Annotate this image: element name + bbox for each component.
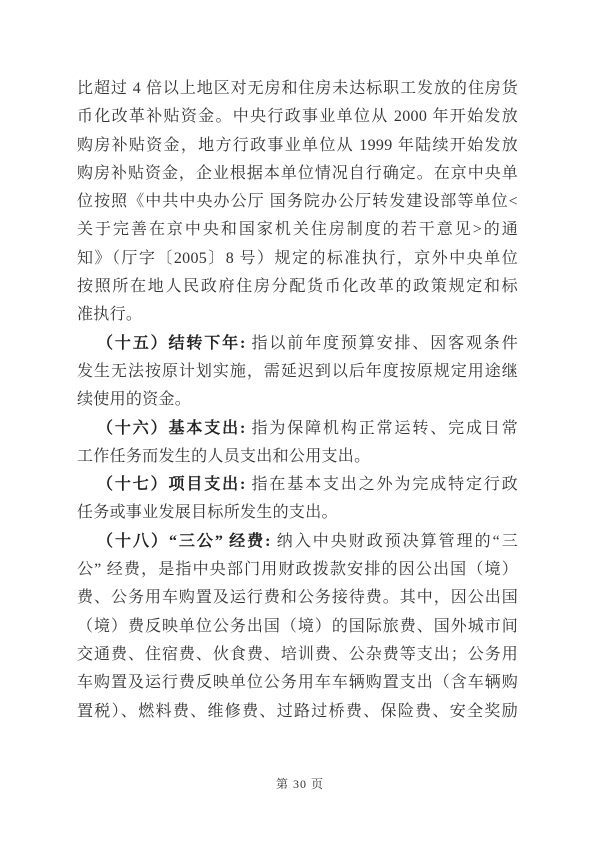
text-line: 任务或事业发展目标所发生的支出。: [77, 499, 518, 527]
text-segment: 公” 经费，是指中央部门用财政拨款安排的因公出国（境）: [77, 561, 518, 578]
text-segment: 购房补贴资金，企业根据本单位情况自行确定。在京中央单: [77, 165, 518, 182]
text-segment: （境）费反映单位公务出国（境）的国际旅费、国外城市间: [77, 618, 518, 635]
text-line: 购房补贴资金，地方行政事业单位从 1999 年陆续开始发放: [77, 132, 518, 160]
text-segment: 关于完善在京中央和国家机关住房制度的若干意见>的通: [77, 221, 518, 238]
text-line: 位按照《中共中央办公厅 国务院办公厅转发建设部等单位<: [77, 188, 518, 216]
text-segment: 续使用的资金。: [77, 391, 191, 408]
text-line: 车购置及运行费反映单位公务用车车辆购置支出（含车辆购: [77, 669, 518, 697]
text-segment: 置税）、燃料费、维修费、过路过桥费、保险费、安全奖励: [77, 703, 518, 720]
text-line: 交通费、住宿费、伙食费、培训费、公杂费等支出；公务用: [77, 641, 518, 669]
text-segment: 费、公务用车购置及运行费和公务接待费。其中，因公出国: [77, 589, 518, 606]
text-line: 费、公务用车购置及运行费和公务接待费。其中，因公出国: [77, 584, 518, 612]
term-heading: （十六）基本支出:: [97, 420, 246, 437]
text-line: 续使用的资金。: [77, 386, 518, 414]
text-line: 比超过 4 倍以上地区对无房和住房未达标职工发放的住房货: [77, 75, 518, 103]
page-number: 第 30 页: [276, 777, 324, 791]
text-line: 发生无法按原计划实施，需延迟到以后年度按原规定用途继: [77, 358, 518, 386]
text-segment: 车购置及运行费反映单位公务用车车辆购置支出（含车辆购: [77, 674, 518, 691]
text-segment: 准执行。: [77, 306, 142, 323]
document-page: 比超过 4 倍以上地区对无房和住房未达标职工发放的住房货币化改革补贴资金。中央行…: [0, 0, 600, 849]
text-segment: 指以前年度预算安排、因客观条件: [246, 335, 518, 352]
text-line: 公” 经费，是指中央部门用财政拨款安排的因公出国（境）: [77, 556, 518, 584]
text-segment: 工作任务而发生的人员支出和公用支出。: [77, 448, 370, 465]
text-line: 按照所在地人民政府住房分配货币化改革的政策规定和标: [77, 273, 518, 301]
text-line: （十五）结转下年: 指以前年度预算安排、因客观条件: [77, 330, 518, 358]
text-line: （十六）基本支出: 指为保障机构正常运转、完成日常: [77, 415, 518, 443]
text-line: 准执行。: [77, 301, 518, 329]
text-line: 知》（厅字〔2005〕8 号）规定的标准执行，京外中央单位: [77, 245, 518, 273]
page-footer: 第 30 页: [0, 775, 600, 792]
text-segment: 购房补贴资金，地方行政事业单位从 1999 年陆续开始发放: [77, 137, 518, 154]
term-heading: （十七）项目支出:: [97, 476, 246, 493]
text-segment: 交通费、住宿费、伙食费、培训费、公杂费等支出；公务用: [77, 646, 518, 663]
text-line: 购房补贴资金，企业根据本单位情况自行确定。在京中央单: [77, 160, 518, 188]
text-line: （境）费反映单位公务出国（境）的国际旅费、国外城市间: [77, 613, 518, 641]
text-segment: 知》（厅字〔2005〕8 号）规定的标准执行，京外中央单位: [77, 250, 518, 267]
text-segment: 按照所在地人民政府住房分配货币化改革的政策规定和标: [77, 278, 518, 295]
text-line: 关于完善在京中央和国家机关住房制度的若干意见>的通: [77, 216, 518, 244]
text-line: 工作任务而发生的人员支出和公用支出。: [77, 443, 518, 471]
text-segment: 任务或事业发展目标所发生的支出。: [77, 504, 338, 521]
term-heading: （十八）“三公” 经费:: [97, 533, 271, 550]
text-segment: 位按照《中共中央办公厅 国务院办公厅转发建设部等单位<: [77, 193, 518, 210]
term-heading: （十五）结转下年:: [97, 335, 246, 352]
document-body: 比超过 4 倍以上地区对无房和住房未达标职工发放的住房货币化改革补贴资金。中央行…: [77, 75, 518, 726]
text-segment: 纳入中央财政预决算管理的“三: [271, 533, 518, 550]
text-segment: 币化改革补贴资金。中央行政事业单位从 2000 年开始发放: [77, 108, 518, 125]
text-segment: 指为保障机构正常运转、完成日常: [246, 420, 518, 437]
text-segment: 指在基本支出之外为完成特定行政: [246, 476, 518, 493]
text-segment: 发生无法按原计划实施，需延迟到以后年度按原规定用途继: [77, 363, 518, 380]
text-line: 币化改革补贴资金。中央行政事业单位从 2000 年开始发放: [77, 103, 518, 131]
text-line: （十八）“三公” 经费: 纳入中央财政预决算管理的“三: [77, 528, 518, 556]
text-line: （十七）项目支出: 指在基本支出之外为完成特定行政: [77, 471, 518, 499]
text-segment: 比超过 4 倍以上地区对无房和住房未达标职工发放的住房货: [77, 80, 518, 97]
text-line: 置税）、燃料费、维修费、过路过桥费、保险费、安全奖励: [77, 698, 518, 726]
